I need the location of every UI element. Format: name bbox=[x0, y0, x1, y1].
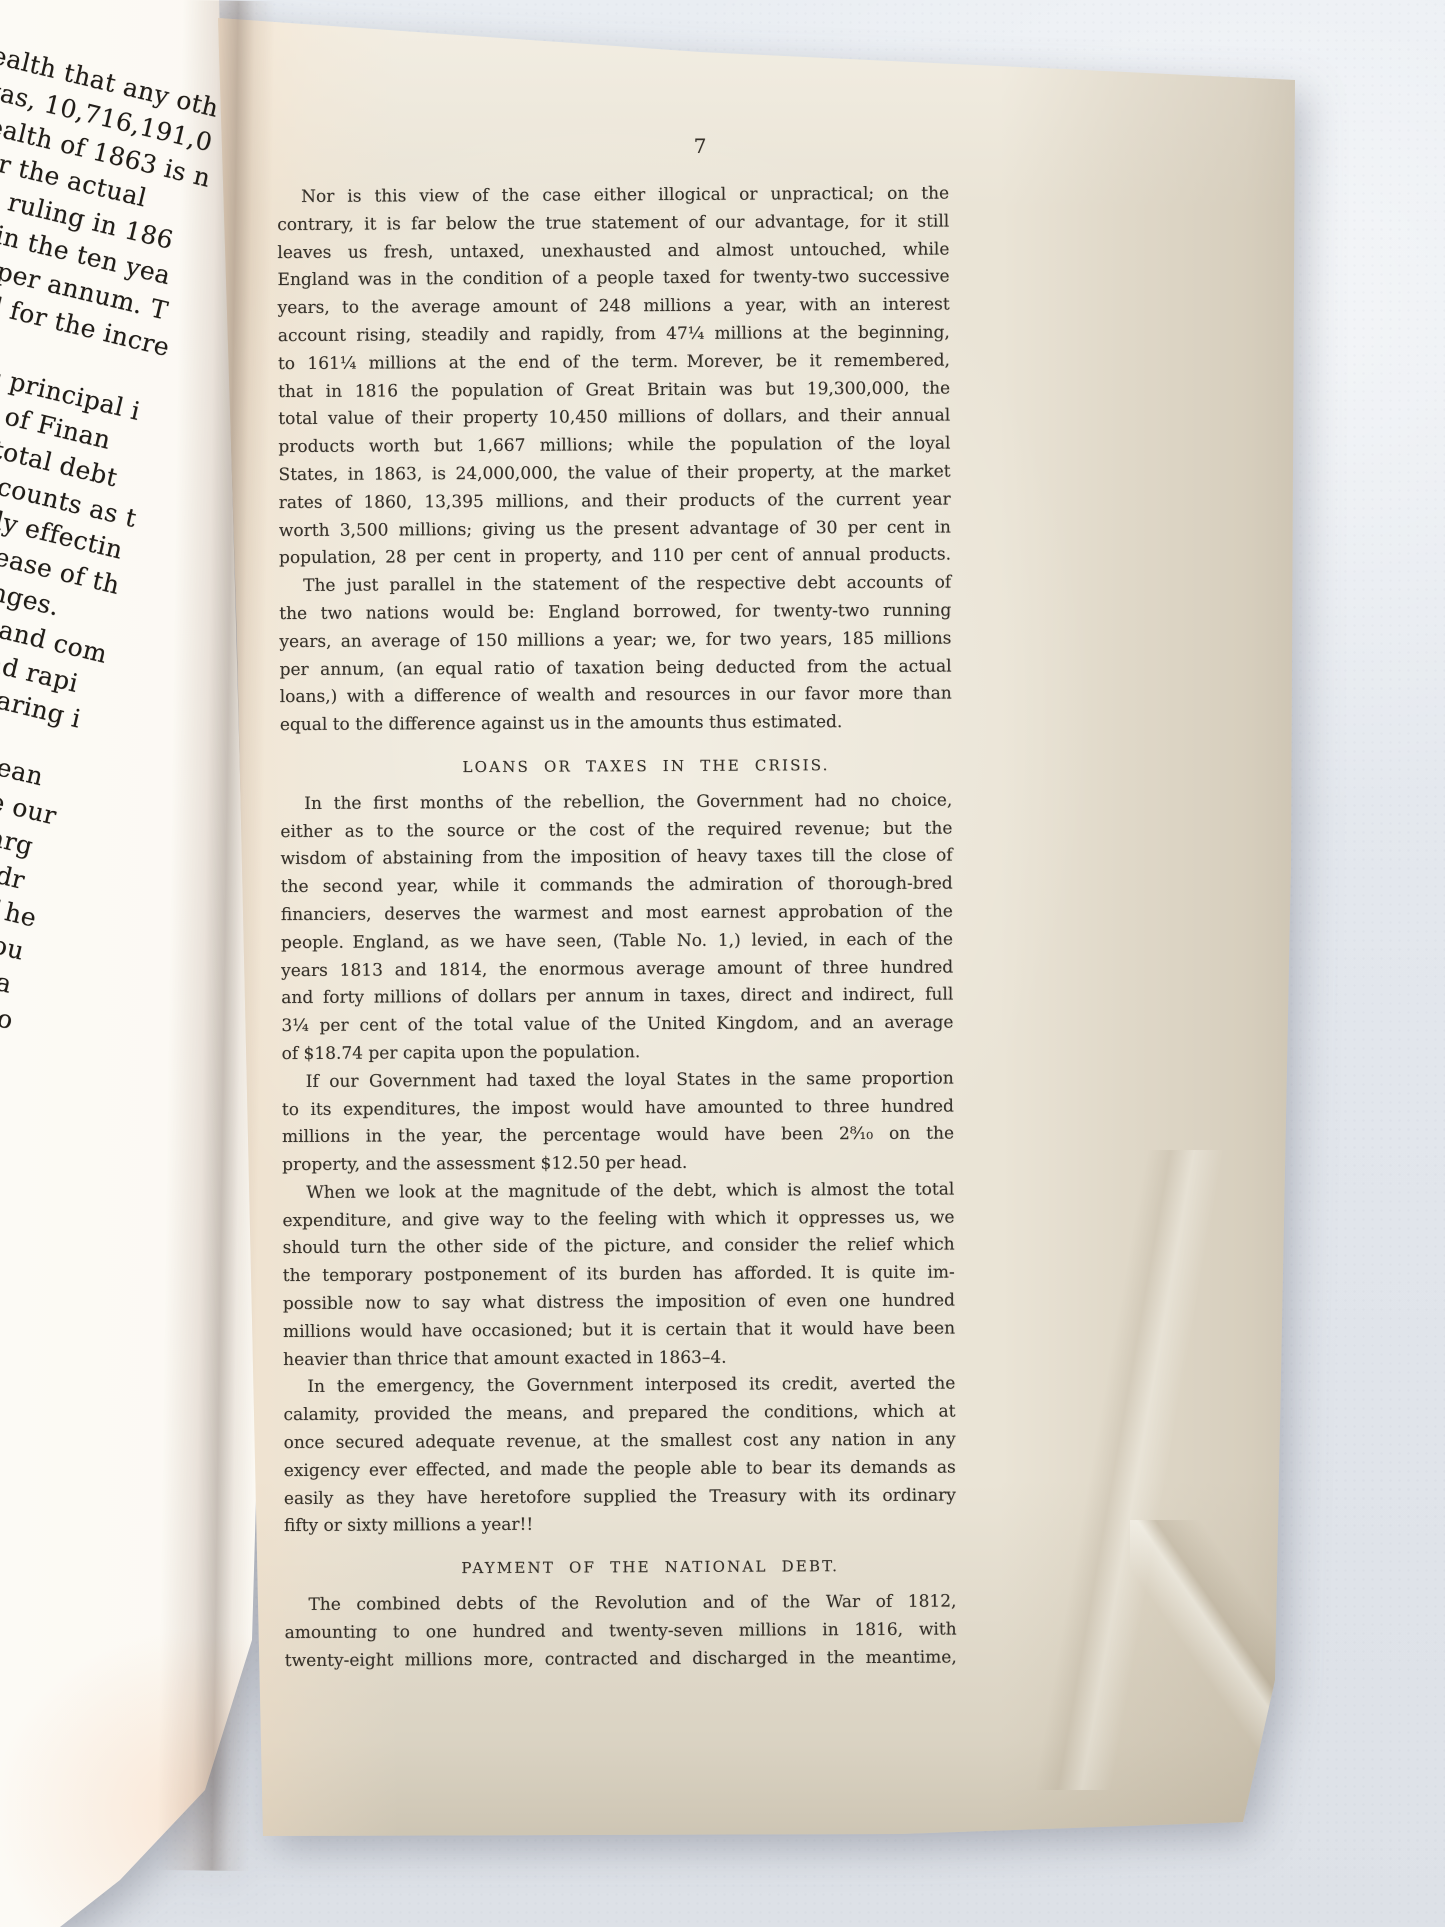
page-body: Nor is this view of the case either illo… bbox=[277, 180, 957, 1675]
text-line: easily as they have heretofore supplied … bbox=[284, 1482, 956, 1513]
page-corner-crease bbox=[1130, 1520, 1370, 1830]
text-line: equal to the difference against us in th… bbox=[280, 709, 952, 740]
text-line: should turn the other side of the pictur… bbox=[283, 1232, 955, 1263]
text-line: millions would have occasioned; but it i… bbox=[283, 1315, 955, 1346]
text-line: Nor is this view of the case either illo… bbox=[277, 180, 949, 211]
text-line: loans,) with a difference of wealth and … bbox=[280, 681, 952, 712]
text-line: In the emergency, the Government interpo… bbox=[283, 1371, 955, 1402]
paragraph: The combined debts of the Revolution and… bbox=[284, 1589, 956, 1676]
text-line: the second year, while it commands the a… bbox=[281, 871, 953, 902]
section-heading: PAYMENT OF THE NATIONAL DEBT. bbox=[314, 1553, 986, 1584]
text-line: fifty or sixty millions a year!! bbox=[284, 1510, 956, 1541]
text-line: years 1813 and 1814, the enormous averag… bbox=[281, 954, 953, 985]
text-line: total value of their property 10,450 mil… bbox=[278, 403, 950, 434]
text-line: The combined debts of the Revolution and… bbox=[284, 1589, 956, 1620]
text-line: people. England, as we have seen, (Table… bbox=[281, 926, 953, 957]
left-page-text-group: ebt of England, mean in growing,” while … bbox=[0, 696, 241, 1654]
text-line: In the first months of the rebellion, th… bbox=[280, 787, 952, 818]
text-line: either as to the source or the cost of t… bbox=[280, 815, 952, 846]
text-line: of $18.74 per capita upon the population… bbox=[281, 1037, 953, 1068]
text-line: per annum, (an equal ratio of taxation b… bbox=[279, 653, 951, 684]
text-line: millions in the year, the percentage wou… bbox=[282, 1121, 954, 1152]
text-line: The just parallel in the statement of th… bbox=[279, 570, 951, 601]
text-line: States, in 1863, is 24,000,000, the valu… bbox=[278, 458, 950, 489]
text-line: the temporary postponement of its burden… bbox=[283, 1260, 955, 1291]
paragraph: In the first months of the rebellion, th… bbox=[280, 787, 953, 1068]
paragraph: If our Government had taxed the loyal St… bbox=[282, 1065, 955, 1180]
page-number: 7 bbox=[640, 134, 760, 158]
text-line: that in 1816 the population of Great Bri… bbox=[278, 375, 950, 406]
text-line: account rising, steadily and rapidly, fr… bbox=[278, 319, 950, 350]
text-line: 3¼ per cent of the total value of the Un… bbox=[281, 1010, 953, 1041]
text-line: possible now to say what distress the im… bbox=[283, 1288, 955, 1319]
text-line: population, 28 per cent in property, and… bbox=[279, 542, 951, 573]
text-line: rates of 1860, 13,395 millions, and thei… bbox=[279, 486, 951, 517]
text-line: to its expenditures, the impost would ha… bbox=[282, 1093, 954, 1124]
text-line: wisdom of abstaining from the imposition… bbox=[280, 843, 952, 874]
text-line: leaves us fresh, untaxed, unexhausted an… bbox=[277, 236, 949, 267]
text-line: If our Government had taxed the loyal St… bbox=[282, 1065, 954, 1096]
paragraph: Nor is this view of the case either illo… bbox=[277, 180, 951, 573]
text-line: property, and the assessment $12.50 per … bbox=[282, 1149, 954, 1180]
text-line: financiers, deserves the warmest and mos… bbox=[281, 898, 953, 929]
paragraph: When we look at the magnitude of the deb… bbox=[282, 1176, 955, 1374]
text-line: products worth but 1,667 millions; while… bbox=[278, 431, 950, 462]
text-line: calamity, provided the means, and prepar… bbox=[283, 1399, 955, 1430]
open-book: ne wealth that any oth860 was, 10,716,19… bbox=[0, 0, 1445, 1927]
text-line: contrary, it is far below the true state… bbox=[277, 208, 949, 239]
text-line: exigency ever effected, and made the peo… bbox=[284, 1454, 956, 1485]
paragraph: The just parallel in the statement of th… bbox=[279, 570, 952, 740]
text-line: the two nations would be: England borrow… bbox=[279, 597, 951, 628]
text-line: England was in the condition of a people… bbox=[277, 264, 949, 295]
text-line: expenditure, and give way to the feeling… bbox=[282, 1204, 954, 1235]
paragraph: In the emergency, the Government interpo… bbox=[283, 1371, 956, 1541]
text-line: and forty millions of dollars per annum … bbox=[281, 982, 953, 1013]
text-line: to 161¼ millions at the end of the term.… bbox=[278, 347, 950, 378]
text-line: worth 3,500 millions; giving us the pres… bbox=[279, 514, 951, 545]
text-line: When we look at the magnitude of the deb… bbox=[282, 1176, 954, 1207]
text-line: amounting to one hundred and twenty-seve… bbox=[285, 1616, 957, 1647]
text-line: twenty-eight millions more, contracted a… bbox=[285, 1644, 957, 1675]
text-line: years, to the average amount of 248 mill… bbox=[278, 292, 950, 323]
text-line: once secured adequate revenue, at the sm… bbox=[284, 1427, 956, 1458]
photographed-book-page: ne wealth that any oth860 was, 10,716,19… bbox=[0, 0, 1445, 1927]
text-line: years, an average of 150 millions a year… bbox=[279, 625, 951, 656]
section-heading: LOANS OR TAXES IN THE CRISIS. bbox=[310, 751, 982, 782]
text-line: heavier than thrice that amount exacted … bbox=[283, 1343, 955, 1374]
